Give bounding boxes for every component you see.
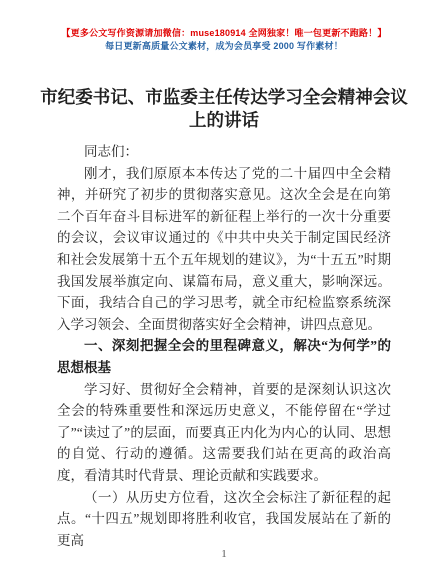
paragraph: （一）从历史方位看，这次全会标注了新征程的起点。“十四五”规划即将胜利收官，我国…	[57, 487, 391, 552]
paragraph: 学习好、贯彻好全会精神，首要的是深刻认识这次全会的特殊重要性和深远历史意义，不能…	[57, 379, 391, 487]
ad-header: 【更多公文写作资源请加微信：muse180914 全网独家！唯一包更新不跑路！】…	[0, 0, 448, 53]
paragraph: 刚才，我们原原本本传达了党的二十届四中全会精神，并研究了初步的贯彻落实意见。这次…	[57, 163, 391, 336]
section-heading: 一、深刻把握全会的里程碑意义，解决“为何学”的思想根基	[57, 335, 391, 378]
document-title: 市纪委书记、市监委主任传达学习全会精神会议上的讲话	[38, 86, 410, 132]
paragraph: 同志们：	[57, 141, 391, 163]
document-page: 【更多公文写作资源请加微信：muse180914 全网独家！唯一包更新不跑路！】…	[0, 0, 448, 580]
ad-line-blue: 每日更新高质量公文素材，成为会员享受 2000 写作素材！	[0, 40, 448, 53]
document-body: 同志们：刚才，我们原原本本传达了党的二十届四中全会精神，并研究了初步的贯彻落实意…	[57, 141, 391, 551]
ad-line-red: 【更多公文写作资源请加微信：muse180914 全网独家！唯一包更新不跑路！】	[0, 27, 448, 40]
page-number: 1	[0, 548, 448, 560]
